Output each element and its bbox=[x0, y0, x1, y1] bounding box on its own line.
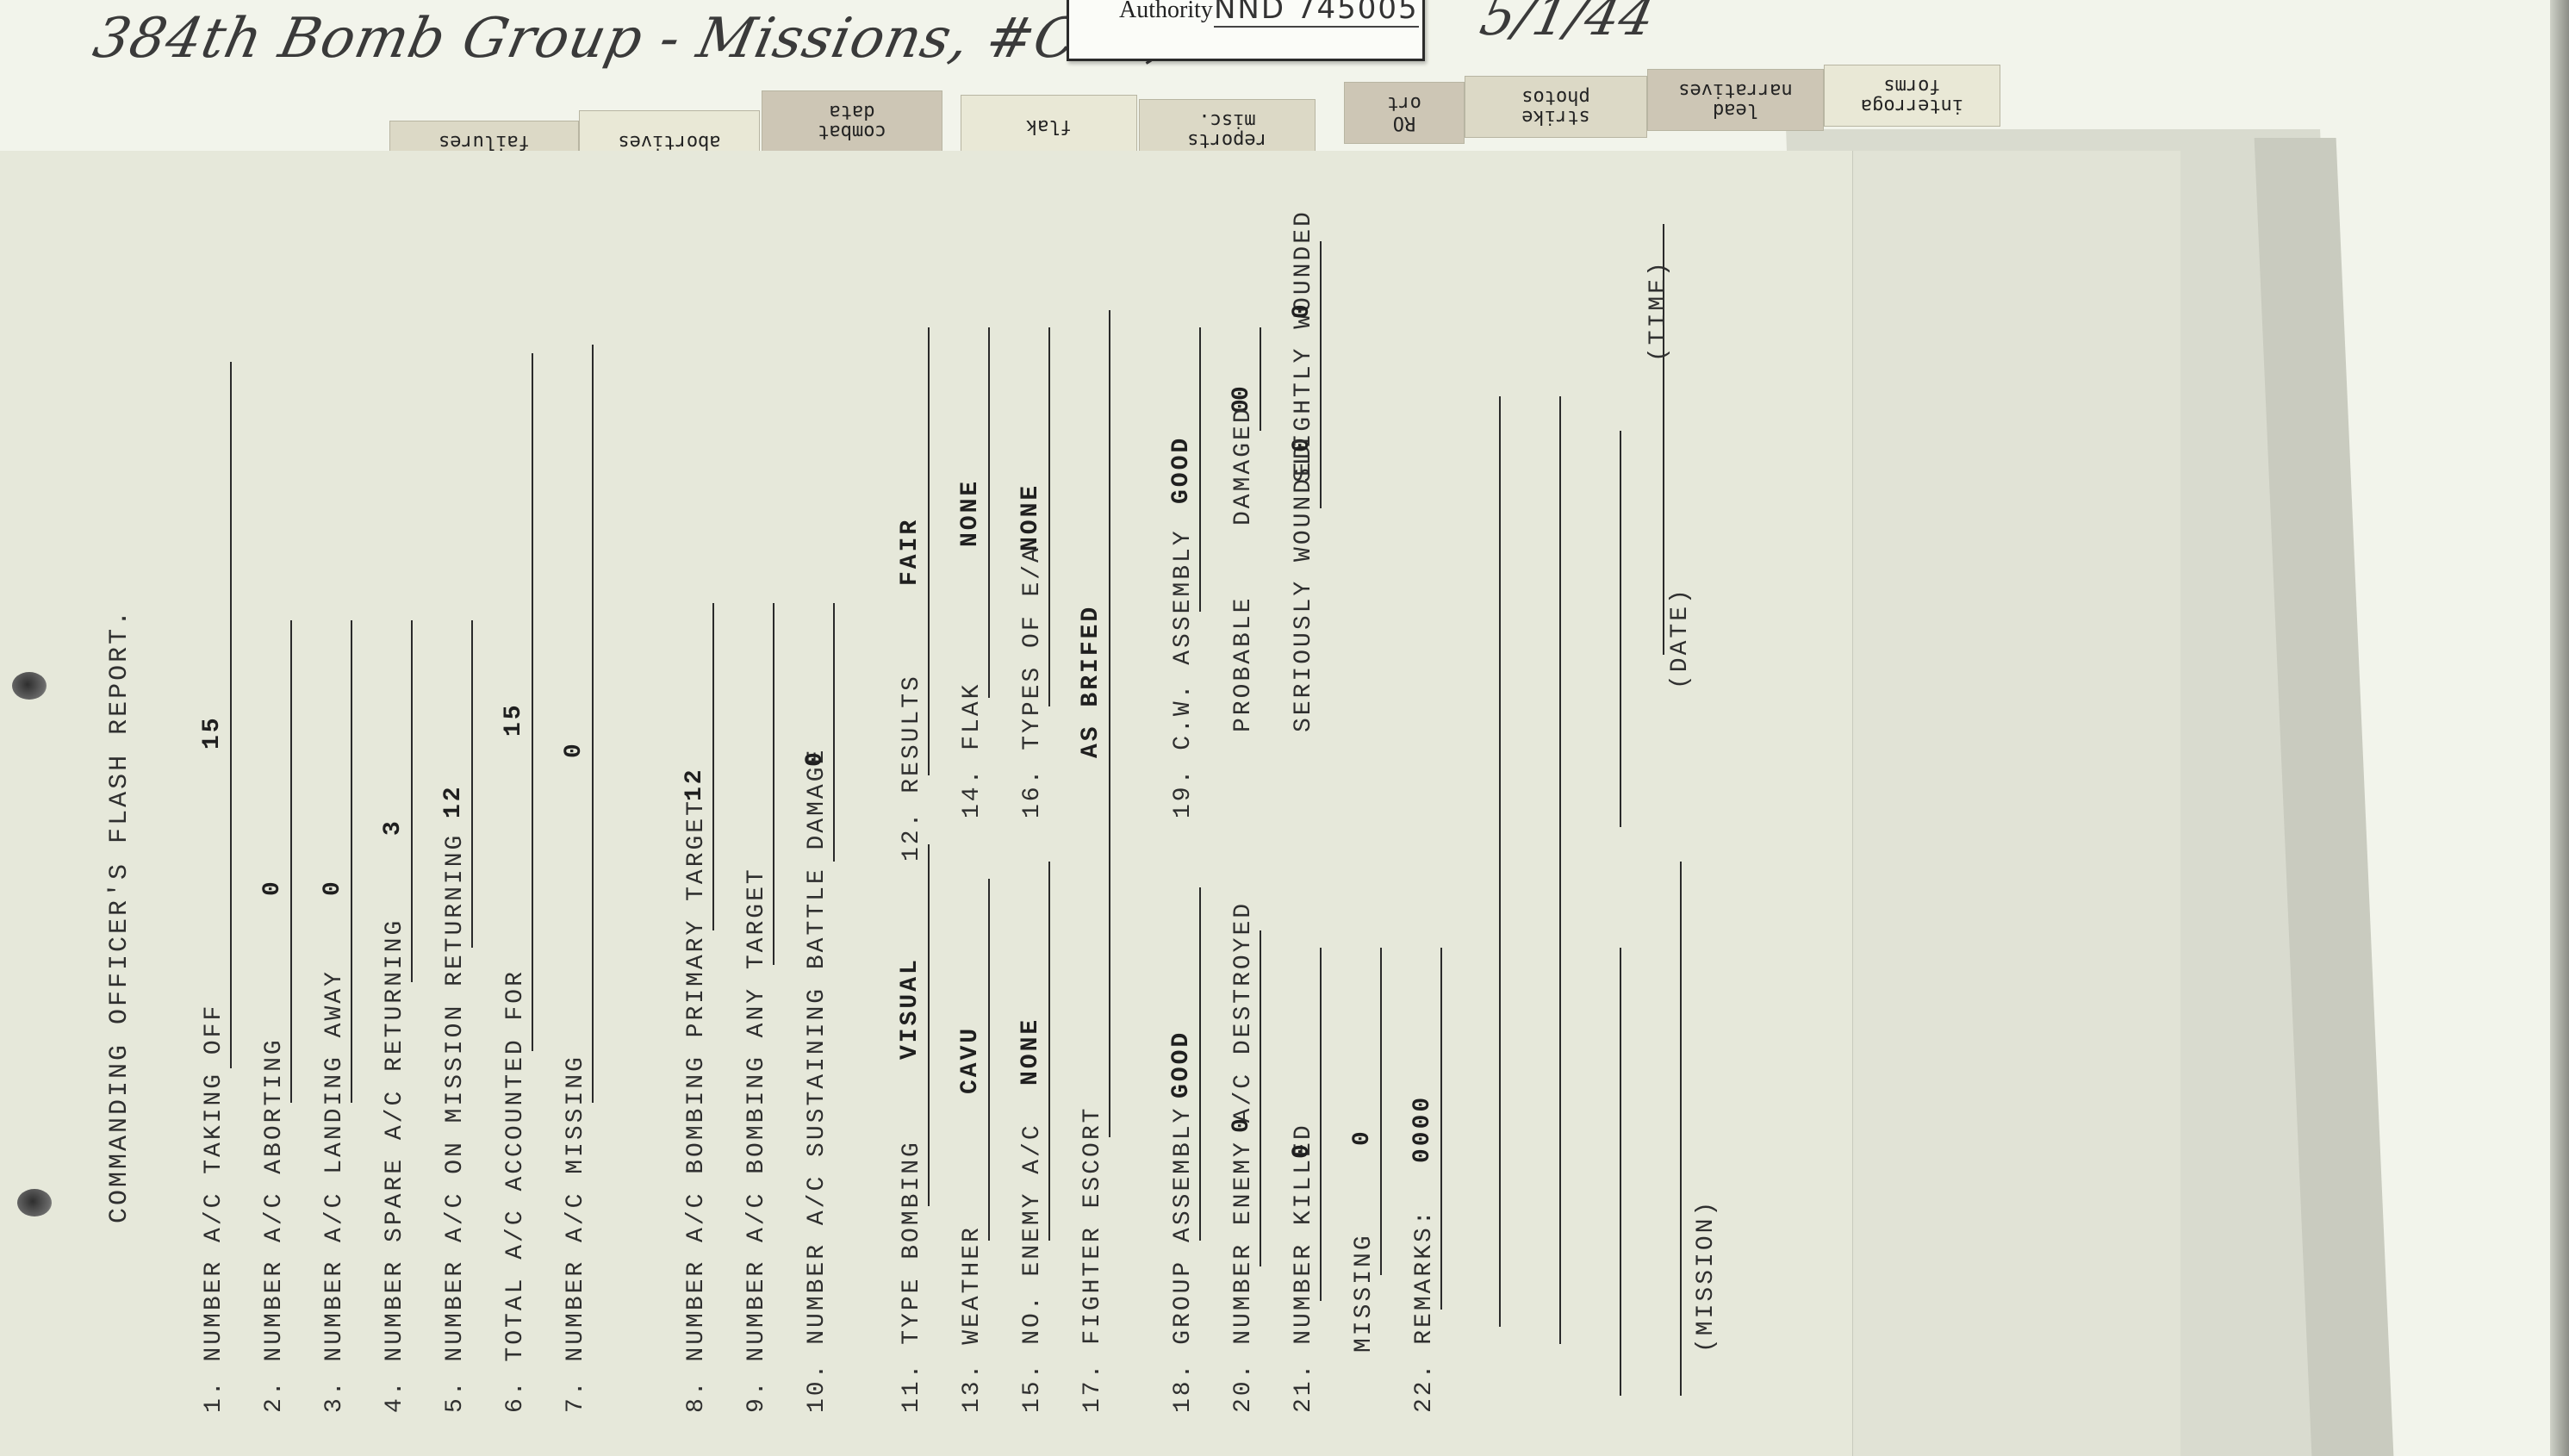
form-field-number: 9. bbox=[743, 1362, 770, 1413]
form-field-label: 11. TYPE BOMBING bbox=[899, 1140, 925, 1413]
form-field-number: 1. bbox=[201, 1362, 227, 1413]
form-field-number: 10. bbox=[804, 1345, 830, 1413]
form-field-value[interactable]: CAVU bbox=[957, 1026, 984, 1094]
form-field-number: 2. bbox=[261, 1362, 288, 1413]
form-field-number: 5. bbox=[442, 1362, 469, 1413]
form-field-label: 1. NUMBER A/C TAKING OFF bbox=[201, 1004, 227, 1413]
form-field-text: NUMBER A/C BOMBING PRIMARY TARGET bbox=[683, 799, 710, 1362]
form-field-number: 22. bbox=[1411, 1345, 1438, 1413]
form-field-underline bbox=[773, 603, 774, 965]
form-field-label: 17. FIGHTER ESCORT bbox=[1079, 1106, 1106, 1413]
form-field-number: 19. bbox=[1170, 750, 1197, 818]
form-field-underline bbox=[928, 327, 930, 775]
form-field-text: TOTAL A/C ACCOUNTED FOR bbox=[502, 969, 529, 1361]
form-field-value[interactable]: 0 bbox=[561, 741, 588, 758]
form-field-value[interactable]: NONE bbox=[1017, 483, 1044, 551]
form-field-value[interactable]: 12 bbox=[440, 784, 467, 818]
form-field-label: MISSING bbox=[1351, 1233, 1378, 1353]
form-field-label: 13. WEATHER bbox=[959, 1225, 986, 1413]
form-field-text: C.W. ASSEMBLY bbox=[1170, 528, 1197, 750]
form-field-number: 3. bbox=[321, 1362, 348, 1413]
form-field-underline bbox=[592, 345, 594, 1103]
form-field-value[interactable]: 15 bbox=[199, 715, 226, 750]
form-field-underline bbox=[1440, 948, 1442, 1310]
form-field-label: 3. NUMBER A/C LANDING AWAY bbox=[321, 969, 348, 1413]
form-field-value[interactable]: 3 bbox=[380, 818, 407, 836]
form-field-text: FIGHTER ESCORT bbox=[1079, 1106, 1106, 1345]
form-field-number: 7. bbox=[563, 1362, 589, 1413]
form-title: COMMANDING OFFICER'S FLASH REPORT. bbox=[105, 608, 134, 1223]
form-field-underline bbox=[351, 620, 352, 1103]
form-field-text: SLIGHTLY WOUNDED bbox=[1291, 209, 1317, 482]
form-field-label: 10. NUMBER A/C SUSTAINING BATTLE DAMAGE bbox=[804, 748, 830, 1413]
form-field-value[interactable]: 0 bbox=[259, 879, 286, 896]
form-field-text: NUMBER A/C TAKING OFF bbox=[201, 1004, 227, 1362]
form-field-value[interactable]: 0 bbox=[1229, 1116, 1255, 1133]
form-field-underline bbox=[1109, 310, 1110, 1137]
form-field-label: 4. NUMBER SPARE A/C RETURNING bbox=[382, 918, 408, 1413]
form-field-underline bbox=[1320, 241, 1322, 327]
form-field-underline bbox=[411, 620, 413, 982]
form-field-value[interactable]: AS BRIFED bbox=[1078, 605, 1104, 758]
form-field-text: NUMBER A/C MISSING bbox=[563, 1055, 589, 1361]
form-field-label: 7. NUMBER A/C MISSING bbox=[563, 1055, 589, 1413]
form-field-value[interactable]: 0 bbox=[1289, 1142, 1316, 1159]
form-field-label: SLIGHTLY WOUNDED bbox=[1291, 209, 1317, 482]
form-field-text: NO. ENEMY A/C bbox=[1019, 1123, 1046, 1344]
form-field-text: NUMBER A/C ABORTING bbox=[261, 1037, 288, 1361]
form-field-label: SERIOUSLY WOUNDED bbox=[1291, 442, 1317, 732]
form-field-number: 21. bbox=[1291, 1345, 1317, 1413]
form-field-underline bbox=[1199, 327, 1201, 612]
form-field-text: TYPES OF E/A bbox=[1019, 545, 1046, 750]
form-field-underline bbox=[230, 362, 232, 1068]
form-field-value[interactable]: 12 bbox=[681, 767, 708, 801]
form-field-label: 21. NUMBER KILLED bbox=[1291, 1123, 1317, 1413]
form-field-underline bbox=[471, 620, 473, 948]
form-field-value[interactable]: NONE bbox=[957, 479, 984, 547]
form-field-text: NUMBER SPARE A/C RETURNING bbox=[382, 918, 408, 1362]
form-field-value[interactable]: 15 bbox=[501, 702, 527, 737]
form-field-underline bbox=[928, 844, 930, 1206]
remarks-line bbox=[1559, 396, 1561, 1344]
form-field-label: DAMAGED bbox=[1230, 406, 1257, 526]
form-field-text: NUMBER A/C LANDING AWAY bbox=[321, 969, 348, 1361]
form-field-value[interactable]: 0 bbox=[320, 879, 346, 896]
form-field-label: 8. NUMBER A/C BOMBING PRIMARY TARGET bbox=[683, 799, 710, 1413]
form-field-label: 2. NUMBER A/C ABORTING bbox=[261, 1037, 288, 1413]
form-field-text: RESULTS bbox=[899, 674, 925, 793]
form-field-number: 6. bbox=[502, 1362, 529, 1413]
form-field-underline bbox=[1260, 930, 1261, 1266]
form-field-number: 4. bbox=[382, 1362, 408, 1413]
mission-caption: (MISSION) bbox=[1693, 1199, 1720, 1353]
form-field-underline bbox=[1320, 948, 1322, 1301]
flash-report-form: COMMANDING OFFICER'S FLASH REPORT. 1. NU… bbox=[0, 0, 2569, 1456]
remarks-line bbox=[1499, 396, 1501, 1327]
form-field-number: 8. bbox=[683, 1362, 710, 1413]
form-field-text: FLAK bbox=[959, 682, 986, 750]
form-field-value[interactable]: 0 bbox=[1349, 1129, 1376, 1146]
form-field-text: NUMBER A/C SUSTAINING BATTLE DAMAGE bbox=[804, 748, 830, 1345]
remarks-line bbox=[1620, 431, 1621, 827]
form-field-underline bbox=[1199, 887, 1201, 1241]
form-field-number: 11. bbox=[899, 1345, 925, 1413]
form-field-label: 6. TOTAL A/C ACCOUNTED FOR bbox=[502, 969, 529, 1413]
form-field-underline bbox=[1048, 862, 1050, 1241]
form-field-text: REMARKS: bbox=[1411, 1208, 1438, 1344]
form-field-value[interactable]: NONE bbox=[1017, 1017, 1044, 1086]
form-field-value[interactable]: 0 bbox=[1289, 302, 1316, 319]
form-field-number: 14. bbox=[959, 750, 986, 818]
date-caption: (DATE) bbox=[1667, 587, 1694, 689]
form-field-text: PROBABLE bbox=[1230, 596, 1257, 732]
remarks-line bbox=[1620, 948, 1621, 1396]
form-field-value[interactable]: 0 bbox=[802, 750, 829, 767]
form-field-underline bbox=[1048, 327, 1050, 706]
form-field-number: 20. bbox=[1230, 1345, 1257, 1413]
form-field-number: 16. bbox=[1019, 750, 1046, 818]
form-field-label: PROBABLE bbox=[1230, 596, 1257, 732]
form-field-value[interactable]: FAIR bbox=[897, 518, 924, 586]
form-field-underline bbox=[1380, 948, 1382, 1275]
form-field-value[interactable]: GOOD bbox=[1168, 436, 1195, 504]
form-field-underline bbox=[1260, 327, 1261, 405]
form-field-text: WEATHER bbox=[959, 1225, 986, 1345]
form-field-text: MISSING bbox=[1351, 1233, 1378, 1353]
form-field-label: 19. C.W. ASSEMBLY bbox=[1170, 528, 1197, 818]
form-field-text: NUMBER A/C ON MISSION RETURNING bbox=[442, 833, 469, 1362]
form-field-text: TYPE BOMBING bbox=[899, 1140, 925, 1345]
form-field-number: 17. bbox=[1079, 1345, 1106, 1413]
form-field-value[interactable]: 0 bbox=[1229, 383, 1255, 401]
form-field-underline bbox=[290, 620, 292, 1103]
form-field-label: 15. NO. ENEMY A/C bbox=[1019, 1123, 1046, 1413]
form-field-label: 16. TYPES OF E/A bbox=[1019, 545, 1046, 818]
form-field-underline bbox=[532, 353, 533, 1051]
form-field-underline bbox=[712, 603, 714, 930]
form-field-label: 14. FLAK bbox=[959, 682, 986, 818]
form-field-value[interactable]: 0000 bbox=[1409, 1095, 1436, 1163]
form-field-underline bbox=[988, 879, 990, 1241]
time-caption: (TIME) bbox=[1645, 259, 1672, 362]
form-field-label: 5. NUMBER A/C ON MISSION RETURNING bbox=[442, 833, 469, 1413]
form-field-text: GROUP ASSEMBLY bbox=[1170, 1106, 1197, 1345]
form-field-number: 18. bbox=[1170, 1345, 1197, 1413]
form-field-value[interactable]: VISUAL bbox=[897, 957, 924, 1060]
form-field-underline bbox=[988, 327, 990, 698]
remarks-line bbox=[1680, 862, 1682, 1396]
form-field-text: NUMBER A/C BOMBING ANY TARGET bbox=[743, 867, 770, 1361]
form-field-label: 20. NUMBER ENEMY A/C DESTROYED bbox=[1230, 901, 1257, 1413]
form-field-underline bbox=[833, 603, 835, 862]
form-field-value[interactable]: GOOD bbox=[1168, 1030, 1195, 1098]
form-field-label: 9. NUMBER A/C BOMBING ANY TARGET bbox=[743, 867, 770, 1413]
form-field-number: 12. bbox=[899, 793, 925, 862]
form-field-label: 18. GROUP ASSEMBLY bbox=[1170, 1106, 1197, 1413]
form-field-label: 22. REMARKS: bbox=[1411, 1208, 1438, 1413]
form-field-text: SERIOUSLY WOUNDED bbox=[1291, 442, 1317, 732]
form-field-number: 13. bbox=[959, 1345, 986, 1413]
form-field-underline bbox=[1320, 327, 1322, 508]
form-field-number: 15. bbox=[1019, 1345, 1046, 1413]
form-field-text: DAMAGED bbox=[1230, 406, 1257, 526]
form-field-label: 12. RESULTS bbox=[899, 674, 925, 862]
